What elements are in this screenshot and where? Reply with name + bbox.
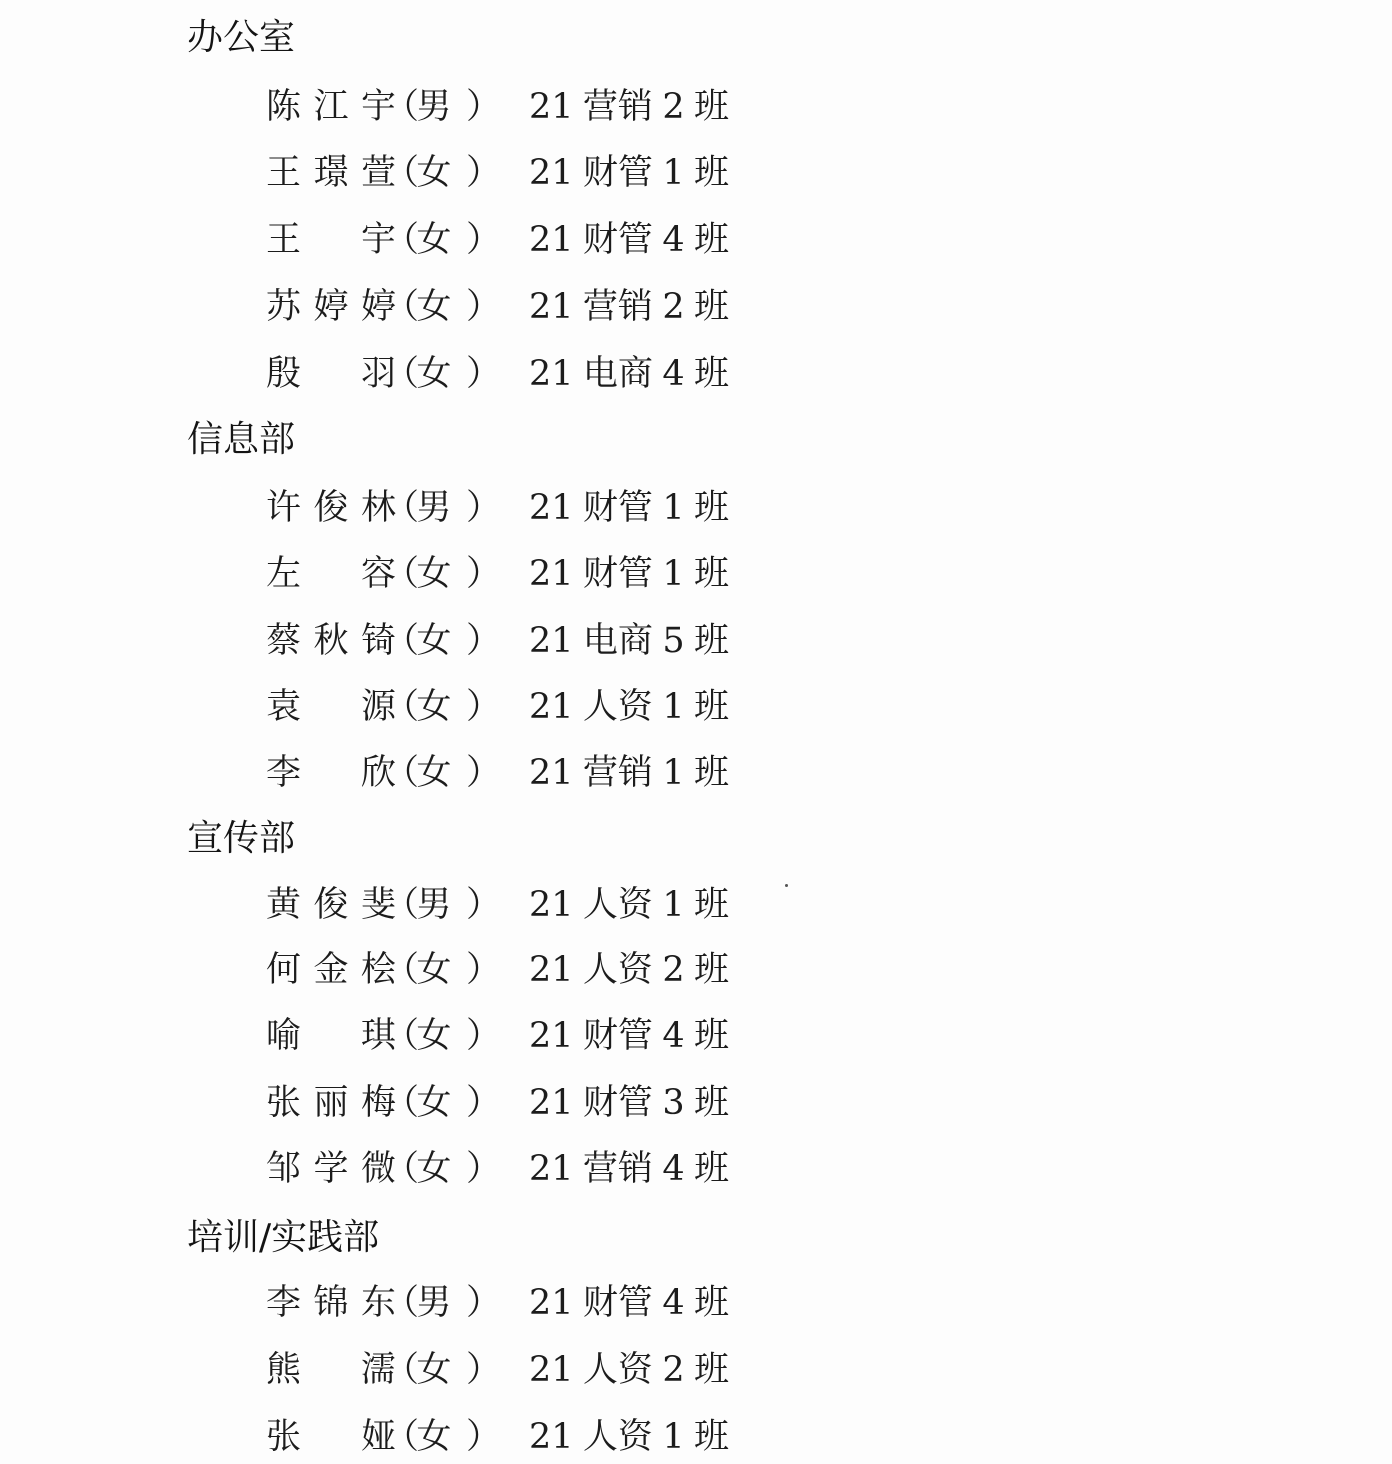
member-name: 何金桧 [266,945,396,995]
member-row: 许俊林 （男） 21财管1班 [0,483,800,533]
member-gender: （女） [384,282,484,332]
section-title-publicity: 宣传部 [187,817,295,861]
section-title-office: 办公室 [187,16,295,60]
member-name: 王宇 [266,215,396,265]
member-name: 王璟萱 [266,148,396,198]
member-gender: （女） [384,349,484,399]
member-name: 左容 [266,549,396,599]
member-gender: （女） [384,549,484,599]
member-gender: （男） [384,483,484,533]
member-row: 李锦东 （男） 21财管4班 [0,1278,800,1328]
member-name: 袁源 [266,682,396,732]
member-row: 苏婷婷 （女） 21营销2班 [0,282,800,332]
member-name: 张丽梅 [266,1078,396,1128]
member-name: 熊濡 [266,1345,396,1395]
member-gender: （男） [384,880,484,930]
member-row: 左容 （女） 21财管1班 [0,549,800,599]
member-gender: （女） [384,148,484,198]
member-class: 21财管1班 [529,148,729,198]
member-gender: （女） [384,1144,484,1194]
member-class: 21财管4班 [529,1278,729,1328]
document-page: 办公室 陈江宇 （男） 21营销2班 王璟萱 （女） 21财管1班 王宇 （女）… [0,0,1392,1464]
member-class: 21电商5班 [529,616,729,666]
member-gender: （女） [384,945,484,995]
member-class: 21财管3班 [529,1078,729,1128]
member-class: 21人资1班 [529,682,729,732]
member-name: 苏婷婷 [266,282,396,332]
member-class: 21营销4班 [529,1144,729,1194]
member-row: 蔡秋锜 （女） 21电商5班 [0,616,800,666]
member-gender: （男） [384,1278,484,1328]
section-title-info: 信息部 [187,418,295,462]
member-row: 张丽梅 （女） 21财管3班 [0,1078,800,1128]
member-row: 何金桧 （女） 21人资2班 [0,945,800,995]
member-gender: （女） [384,1078,484,1128]
member-class: 21财管1班 [529,549,729,599]
member-name: 许俊林 [266,483,396,533]
member-name: 喻琪 [266,1011,396,1061]
member-class: 21营销1班 [529,748,729,798]
member-class: 21人资1班 [529,1412,729,1462]
scan-speck [785,884,788,887]
member-name: 殷羽 [266,349,396,399]
member-class: 21人资2班 [529,1345,729,1395]
member-name: 张娅 [266,1412,396,1462]
member-class: 21人资2班 [529,945,729,995]
member-gender: （男） [384,82,484,132]
member-row: 黄俊斐 （男） 21人资1班 [0,880,800,930]
member-name: 邹学微 [266,1144,396,1194]
member-row: 陈江宇 （男） 21营销2班 [0,82,800,132]
member-gender: （女） [384,682,484,732]
member-row: 喻琪 （女） 21财管4班 [0,1011,800,1061]
member-name: 蔡秋锜 [266,616,396,666]
member-gender: （女） [384,215,484,265]
member-name: 陈江宇 [266,82,396,132]
member-class: 21营销2班 [529,82,729,132]
member-row: 邹学微 （女） 21营销4班 [0,1144,800,1194]
member-class: 21人资1班 [529,880,729,930]
member-gender: （女） [384,1412,484,1462]
member-gender: （女） [384,1345,484,1395]
member-class: 21财管4班 [529,215,729,265]
member-row: 袁源 （女） 21人资1班 [0,682,800,732]
member-class: 21财管4班 [529,1011,729,1061]
member-row: 李欣 （女） 21营销1班 [0,748,800,798]
member-class: 21营销2班 [529,282,729,332]
member-row: 熊濡 （女） 21人资2班 [0,1345,800,1395]
member-row: 殷羽 （女） 21电商4班 [0,349,800,399]
member-row: 张娅 （女） 21人资1班 [0,1412,800,1462]
member-name: 李锦东 [266,1278,396,1328]
section-title-training-practice: 培训/实践部 [187,1216,379,1260]
member-gender: （女） [384,748,484,798]
member-gender: （女） [384,616,484,666]
member-name: 李欣 [266,748,396,798]
member-gender: （女） [384,1011,484,1061]
member-row: 王璟萱 （女） 21财管1班 [0,148,800,198]
member-class: 21财管1班 [529,483,729,533]
member-name: 黄俊斐 [266,880,396,930]
member-class: 21电商4班 [529,349,729,399]
member-row: 王宇 （女） 21财管4班 [0,215,800,265]
